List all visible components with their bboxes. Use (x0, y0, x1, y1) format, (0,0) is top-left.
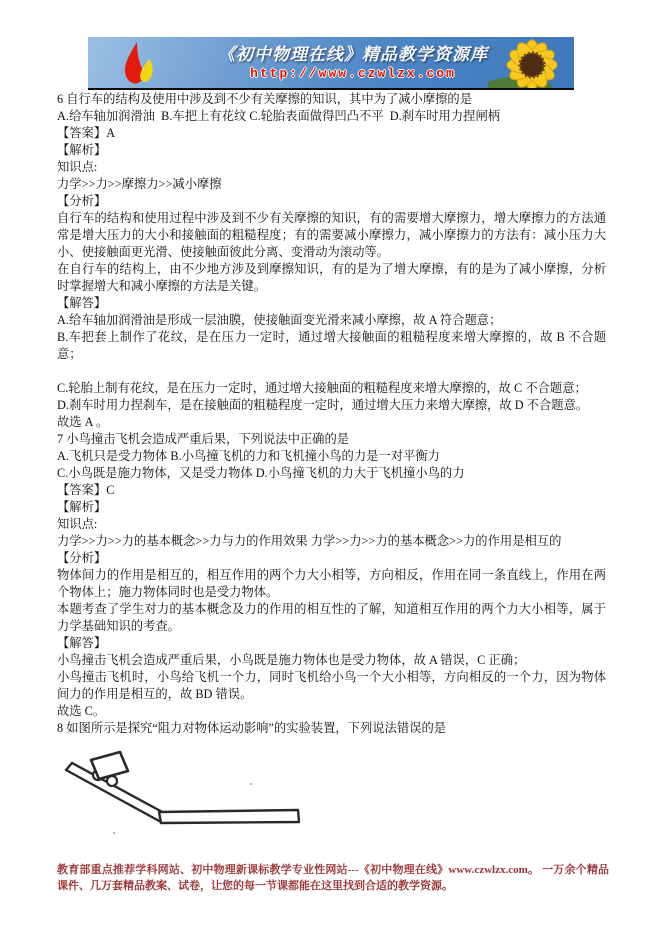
q6-analysis-header: 【解析】 (57, 142, 606, 159)
q6-jieda-b: B.车把套上制作了花纹，是在压力一定时，通过增大接触面的粗糙程度来增大摩擦的，故… (57, 329, 606, 363)
q7-analysis-header: 【解析】 (57, 499, 606, 516)
blank-line (57, 363, 606, 380)
document-body: 6 自行车的结构及使用中涉及到不少有关摩擦的知识，其中为了减小摩擦的是 A.给车… (57, 91, 606, 864)
question-7-block: 7 小鸟撞击飞机会造成严重后果，下列说法中正确的是 A.飞机只是受力物体 B.小… (57, 431, 606, 720)
q7-fenxi-header: 【分析】 (57, 550, 606, 567)
q6-answer: 【答案】A (57, 125, 606, 142)
q8-figure-inclined-plane (59, 747, 606, 864)
scan-speck (250, 783, 252, 785)
footer-promo-text: 教育部重点推荐学科网站、初中物理新课标教学专业性网站---《初中物理在线》www… (57, 862, 609, 894)
site-banner: 《初中物理在线》精品教学资源库 http://www.czwlzx.com (88, 37, 574, 90)
banner-text-block: 《初中物理在线》精品教学资源库 http://www.czwlzx.com (208, 40, 498, 81)
q6-jieda-d: D.刹车时用力捏刹车，是在接触面的粗糙程度一定时，通过增大压力来增大摩擦，故 D… (57, 397, 606, 414)
q6-jieda-a: A.给车轴加润滑油是形成一层油膜，使接触面变光滑来减小摩擦，故 A 符合题意； (57, 312, 606, 329)
scan-speck (113, 832, 115, 834)
q6-fenxi-text-1: 自行车的结构和使用过程中涉及到不少有关摩擦的知识，有的需要增大摩擦力，增大摩擦力… (57, 210, 606, 261)
sunflower-icon (488, 37, 574, 90)
q6-fenxi-header: 【分析】 (57, 193, 606, 210)
q7-jieda-text-2: 小鸟撞击飞机时，小鸟给飞机一个力，同时飞机给小鸟一个大小相等，方向相反的一个力，… (57, 669, 606, 703)
q7-fenxi-text-1: 物体间力的作用是相互的，相互作用的两个力大小相等，方向相反，作用在同一条直线上，… (57, 567, 606, 601)
q6-knowledge-path: 力学>>力>>摩擦力>>减小摩擦 (57, 176, 606, 193)
q7-fenxi-text-2: 本题考查了学生对力的基本概念及力的作用的相互性的了解，知道相互作用的两个力大小相… (57, 601, 606, 635)
q6-fenxi-text-2: 在自行车的结构上，由不少地方涉及到摩擦知识，有的是为了增大摩擦，有的是为了减小摩… (57, 261, 606, 295)
q7-options-cd: C.小鸟既是施力物体，又是受力物体 D.小鸟撞飞机的力大于飞机撞小鸟的力 (57, 465, 606, 482)
q6-jieda-header: 【解答】 (57, 295, 606, 312)
q7-jieda-header: 【解答】 (57, 635, 606, 652)
q6-jieda-c: C.轮胎上制有花纹，是在压力一定时，通过增大接触面的粗糙程度来增大摩擦的，故 C… (57, 380, 606, 397)
q7-answer: 【答案】C (57, 482, 606, 499)
q6-question: 6 自行车的结构及使用中涉及到不少有关摩擦的知识，其中为了减小摩擦的是 (57, 91, 606, 108)
site-url: http://www.czwlzx.com (250, 66, 456, 81)
question-6-block: 6 自行车的结构及使用中涉及到不少有关摩擦的知识，其中为了减小摩擦的是 A.给车… (57, 91, 606, 431)
q6-knowledge-label: 知识点: (57, 159, 606, 176)
q6-options: A.给车轴加润滑油 B.车把上有花纹 C.轮胎表面做得凹凸不平 D.刹车时用力捏… (57, 108, 606, 125)
q7-jieda-text-1: 小鸟撞击飞机会造成严重后果，小鸟既是施力物体也是受力物体，故 A 错误，C 正确… (57, 652, 606, 669)
q7-final-answer: 故选 C。 (57, 703, 606, 720)
cart-body (91, 752, 128, 779)
flame-logo-icon (116, 41, 164, 90)
q7-options-ab: A.飞机只是受力物体 B.小鸟撞飞机的力和飞机撞小鸟的力是一对平衡力 (57, 448, 606, 465)
q7-knowledge-path: 力学>>力>>力的基本概念>>力与力的作用效果 力学>>力>>力的基本概念>>力… (57, 533, 606, 550)
q6-final-answer: 故选 A 。 (57, 414, 606, 431)
site-title: 《初中物理在线》精品教学资源库 (218, 40, 488, 65)
question-8-block: 8 如图所示是探究“阻力对物体运动影响”的实验装置，下列说法错误的是 (57, 720, 606, 864)
q7-question: 7 小鸟撞击飞机会造成严重后果，下列说法中正确的是 (57, 431, 606, 448)
q7-knowledge-label: 知识点: (57, 516, 606, 533)
horizontal-track (159, 810, 299, 823)
q8-question: 8 如图所示是探究“阻力对物体运动影响”的实验装置，下列说法错误的是 (57, 720, 606, 737)
